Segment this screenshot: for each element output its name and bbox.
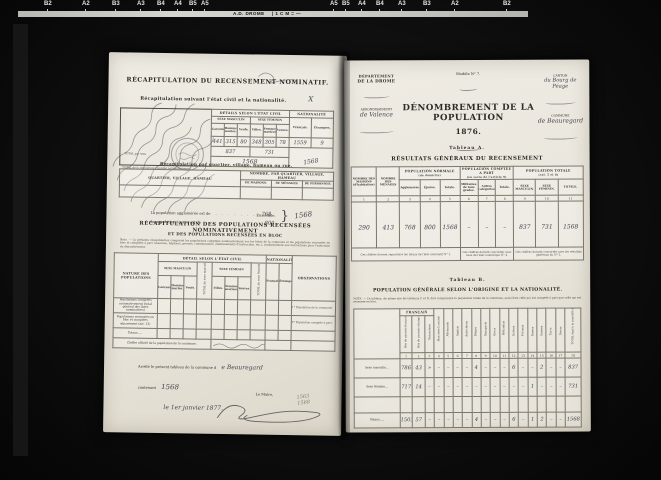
tb-value: –	[547, 412, 556, 427]
tb-col-header: TOTAL égal à la population de la commune	[565, 308, 581, 352]
fem-group: SEXE FÉMININ	[212, 262, 251, 277]
col-femmes-mariees: Femmes mariées.	[263, 124, 276, 137]
ruler-mark: B5	[342, 1, 350, 7]
tb-col-header: Italiens	[509, 308, 519, 352]
tb-value: –	[537, 377, 546, 396]
tb-value: –	[518, 377, 527, 396]
tableau-b-table: FRANÇAISAlsaciens-LorrainsAllemandsAngla…	[353, 308, 582, 429]
microfilm-scan: B2 A2 B3 A3 B4 A4 B5 A5 A5 B5 A4 B4 A3 B…	[0, 0, 661, 480]
etat-civil-side-label-1: TOTAL par sexe.	[124, 152, 184, 156]
tb-spacer	[400, 397, 413, 413]
modele-label: Modèle N° 7.	[402, 72, 534, 77]
tb-col-header: Suisses	[537, 308, 547, 352]
tb-spacer	[490, 396, 499, 412]
ruler-mark: A4	[358, 1, 366, 7]
total-fem-colhead: TOTAL du sexe féminin (col. 5 à 7)	[251, 263, 267, 300]
tb-spacer	[412, 397, 425, 413]
scale-label: | 1 C M = —	[272, 11, 301, 16]
tb-col-header: Espagnols	[481, 308, 491, 352]
obs-header: OBSERVATIONS	[292, 256, 337, 302]
tb-value: –	[500, 358, 509, 377]
tb-spacer	[509, 396, 518, 412]
tb-row-label: Totaux.....	[354, 413, 400, 428]
tb-col-header: Grecs	[490, 308, 500, 352]
francais-colhead: Français.	[266, 263, 280, 300]
tb-spacer	[565, 396, 581, 412]
tb-col-label: Espagnols	[484, 322, 487, 336]
ruler-mark: B5	[189, 1, 197, 7]
tb-value: 1503	[400, 413, 413, 428]
quartier-col-left: QUARTIER, VILLAGE, HAMEAU	[119, 169, 240, 187]
total-fem-collabel: TOTAL du sexe féminin (col. 5 à 7)	[257, 264, 260, 296]
tb-value: 786	[400, 359, 413, 378]
tb-col-header: Autrichiens	[462, 308, 472, 352]
tb-spacer	[472, 396, 481, 412]
tb-col-header: Allemands	[443, 309, 453, 353]
value-veuves: 78	[276, 137, 289, 147]
ta-value-agglomeree: 768	[400, 202, 420, 248]
etat-civil-table: DÉTAILS SELON L'ÉTAT CIVIL NATIONALITÉ S…	[210, 109, 334, 169]
tb-col-label: Hollandais	[503, 321, 506, 336]
tb-value: –	[453, 378, 462, 397]
chiffre-officiel-label: Chiffre officiel de la population de la …	[113, 338, 211, 350]
tb-col-label: Grecs	[493, 328, 496, 336]
col-filles: Filles.	[250, 124, 263, 137]
tb-value: –	[472, 377, 481, 396]
tb-value: –	[490, 358, 499, 377]
total-masc-colhead: TOTAL du sexe masculin (col. 1 à 3)	[197, 262, 213, 299]
ruler-mark: B2	[44, 1, 52, 7]
nature-header: NATURE DES POPULATIONS	[114, 253, 159, 299]
quartier-empty-cell	[240, 187, 271, 199]
obs-note-2: 2° Population comptée à part.	[291, 316, 335, 332]
tb-value: –	[546, 358, 555, 377]
ta-value-totale: 1568	[440, 202, 460, 248]
ensemble-block: Ensemble. } 1568	[256, 201, 312, 224]
sub-col: Totale.	[440, 180, 460, 196]
pencil-note: 1563 1568	[296, 393, 310, 406]
tb-col-label: Nés de parents français	[405, 316, 408, 348]
colhead: Femmes mariées.	[225, 277, 238, 300]
canton-block: CANTON du Bourg de Péage COMMUNE de Beau…	[536, 73, 584, 143]
ensemble-value: 1568	[294, 210, 313, 220]
commune-value: de Beauregard	[536, 117, 584, 124]
tableau-a-title: RÉSULTATS GÉNÉRAUX DU RECENSEMENT	[345, 155, 590, 162]
tb-value: –	[509, 377, 518, 396]
tb-value: –	[453, 413, 462, 428]
tb-value: –	[434, 378, 443, 397]
tb-value: –	[462, 377, 471, 396]
right-page: DÉPARTEMENT DE LA DROME ARRONDISSEMENT d…	[344, 59, 591, 432]
tableau-a-table: NOMBRE DES MAISONS (d'habitation) NOMBRE…	[351, 165, 584, 261]
total-masc-collabel: TOTAL du sexe masculin (col. 1 à 3)	[203, 263, 206, 295]
row-bloc: Populations recensées en bloc et comptée…	[113, 313, 157, 329]
handwritten-squiggle	[211, 340, 265, 349]
sub-col: Éparse.	[420, 180, 440, 196]
ruler-mark: A3	[137, 1, 145, 7]
tb-value: 14	[412, 378, 425, 397]
col-etrangers: Étrangers.	[311, 118, 333, 138]
recap-bloc-table: NATURE DES POPULATIONS DÉTAIL SELON L'ÉT…	[112, 252, 337, 351]
tb-col-header: Hollandais	[499, 308, 509, 352]
grp-totale-sub: (col. 5 et 8)	[538, 173, 558, 177]
tb-value: –	[528, 358, 537, 377]
grp-totale-header: POPULATION TOTALE(col. 5 et 8)	[513, 166, 583, 180]
tb-value: –	[425, 378, 434, 397]
ruler-mark: A5	[330, 1, 338, 7]
tb-col-label: Polonais	[522, 324, 525, 335]
tb-value: –	[462, 412, 471, 427]
ruler-mark: A2	[451, 1, 459, 7]
closing-count: 1568	[161, 383, 179, 391]
grp-normale-sub: (de domicile)	[418, 173, 441, 177]
quartier-table: QUARTIER, VILLAGE, HAMEAU NOMBRE, PAR QU…	[119, 168, 334, 200]
tb-value: –	[490, 377, 499, 396]
flourish	[545, 101, 575, 105]
tb-col-header: Nés de parents français	[400, 316, 413, 353]
tb-col-label: Russes	[531, 326, 534, 335]
value-francais: 1559	[289, 137, 311, 147]
tb-col-label: Belges	[475, 327, 478, 336]
tb-value: 6	[509, 412, 518, 427]
ta-value-militaires: –	[460, 202, 478, 248]
tb-value: 43	[412, 359, 425, 378]
book-spine-shadow	[338, 52, 350, 440]
archive-label: A.D. DROME	[233, 11, 265, 16]
tb-col-label: Allemands	[447, 322, 450, 336]
tb-value: –	[462, 358, 471, 377]
tb-value: –	[556, 358, 565, 377]
quartier-empty-cell	[302, 188, 333, 200]
rule	[363, 94, 389, 98]
tb-col-header: Divers	[556, 308, 566, 352]
tb-value: 1568	[565, 412, 581, 427]
quartier-empty-cell	[119, 185, 240, 199]
tb-value: –	[434, 359, 443, 378]
etat-civil-subtitle: Récapitulation suivant l'état civil et l…	[108, 96, 318, 104]
tb-row-label: Sexe masculin...	[354, 359, 400, 378]
sub-col: SEXE FÉMININ.	[536, 179, 558, 195]
maire-label: Le Maire,	[256, 393, 274, 397]
tb-value: 1	[528, 412, 537, 427]
recap-bloc-nota: Nota. — La présente récapitulation compr…	[120, 238, 330, 251]
etrangers-colhead: Étrangers.	[279, 263, 293, 300]
tb-col-label: Italiens	[512, 326, 515, 336]
tb-value: –	[481, 377, 490, 396]
ruler-mark: B4	[376, 1, 384, 7]
ruler-mark: B4	[157, 1, 165, 7]
tb-corner	[354, 309, 400, 359]
tb-value: –	[481, 358, 490, 377]
sub-col: Militaires de tous grades.	[460, 180, 478, 196]
tb-col-label: Autrichiens	[465, 321, 468, 337]
row-totaux: Totaux.....	[113, 328, 157, 339]
tb-col-header: Alsaciens-Lorrains	[434, 309, 444, 353]
tb-value: 1	[528, 377, 537, 396]
value-hommes-maries: 315	[224, 136, 237, 146]
left-page: RÉCAPITULATION DU RECENSEMENT NOMINATIF.…	[103, 52, 347, 436]
rule	[459, 87, 477, 91]
etat-civil-left-block: TOTAL par sexe. TOTAL de la population c…	[119, 107, 211, 166]
tb-spacer	[481, 396, 490, 412]
ruler-mark: A4	[174, 1, 182, 7]
film-edge	[13, 24, 28, 456]
value-etrangers: 9	[311, 138, 333, 148]
tb-spacer	[519, 396, 528, 412]
departement-label-2: DE LA DROME	[350, 78, 402, 83]
corner-mark: X	[308, 95, 313, 103]
tb-col-header: Anglais	[453, 309, 463, 353]
flourish	[359, 129, 393, 133]
tb-value: –	[518, 358, 527, 377]
grp-normale-header: POPULATION NORMALE(de domicile)	[400, 167, 460, 181]
colhead: Filles.	[212, 276, 225, 299]
tb-value: 717	[400, 378, 413, 397]
tb-spacer	[425, 397, 434, 413]
closing-line1: Arrêté le présent tableau de la commune …	[138, 365, 216, 370]
tb-spacer	[500, 396, 509, 412]
tb-col-label: Divers	[559, 327, 562, 336]
colhead: Garçons.	[158, 276, 171, 299]
tb-value: 57	[413, 413, 426, 428]
value-veufs: 80	[237, 137, 250, 147]
col-veufs: Veufs.	[237, 124, 250, 137]
grp-apart-sub: (en vertu de l'article 9)	[467, 175, 507, 179]
tb-col-header: Belges	[471, 308, 481, 352]
tb-value: 837	[565, 358, 581, 377]
tb-value: –	[444, 413, 453, 428]
tb-col-header: Naturalisés	[425, 316, 435, 353]
ta-footnote-3: Ces chiffres doivent concorder avec les …	[514, 247, 584, 260]
col-francais: Français.	[289, 117, 311, 137]
tb-value: –	[491, 412, 500, 427]
tableau-b-nota: NOTA. — Ce tableau, de même que les tabl…	[353, 297, 581, 305]
tb-value: –	[481, 412, 490, 427]
ruler-mark: A5	[201, 1, 209, 7]
tb-spacer	[537, 396, 546, 412]
tb-value: 4	[472, 358, 481, 377]
colhead: Hommes mariés.	[171, 276, 184, 299]
tb-value: –	[444, 378, 453, 397]
tb-col-label: Naturalisés	[428, 324, 431, 340]
tb-spacer	[354, 397, 400, 413]
tableau-b-title: POPULATION GÉNÉRALE SELON L'ORIGINE ET L…	[345, 287, 590, 293]
tb-spacer	[434, 397, 443, 413]
ta-value-pop-totale: 1568	[558, 201, 584, 247]
ta-value-masc: 837	[514, 202, 536, 248]
tb-value: –	[556, 377, 565, 396]
tb-spacer	[462, 396, 471, 412]
tb-col-label: Nés de parents étrangers	[417, 316, 420, 348]
ruler-mark: A3	[398, 1, 406, 7]
tb-spacer	[444, 397, 453, 413]
tb-value: –	[434, 413, 443, 428]
tb-value: –	[500, 377, 509, 396]
ruler-mark: B3	[112, 1, 120, 7]
tb-value: 6	[509, 358, 518, 377]
row-nominatif: Populations comptées nominativement (tot…	[113, 298, 157, 314]
tb-col-header: Turcs	[546, 308, 556, 352]
grp-apart-title: POPULATION COMPTÉE A PART	[462, 167, 511, 175]
ruler-mark: B3	[423, 1, 431, 7]
tb-value: –	[500, 412, 509, 427]
ta-value-menages: 413	[377, 202, 400, 248]
sub-col: TOTALE.	[558, 179, 583, 195]
closing-commune: e Beauregard	[221, 364, 263, 372]
value-garcons: 441	[211, 136, 224, 146]
tb-value: 2	[537, 358, 546, 377]
tb-value: 731	[565, 377, 581, 396]
ta-footnote-2: Ces chiffres doivent concorder avec ceux…	[460, 248, 514, 261]
tb-value: 4	[472, 412, 481, 427]
year-label: 1876.	[402, 127, 534, 137]
ta-value-autres: –	[478, 202, 496, 248]
total-masculin: 837	[211, 146, 250, 157]
main-title: DÉNOMBREMENT DE LA POPULATION	[402, 103, 534, 124]
tableau-a-label: Tableau A.	[345, 145, 590, 151]
total-feminin: 731	[250, 147, 289, 158]
chiffre-officiel-cell	[211, 339, 265, 350]
sub-col: SEXE MASCULIN.	[514, 180, 536, 196]
tb-spacer	[528, 396, 537, 412]
canton-value: du Bourg de Péage	[536, 77, 584, 89]
departement-block: DÉPARTEMENT DE LA DROME ARRONDISSEMENT d…	[350, 74, 402, 137]
tb-spacer	[547, 396, 556, 412]
tb-value: –	[425, 413, 434, 428]
tb-value: –	[443, 359, 452, 378]
tb-value: »	[425, 359, 434, 378]
tb-col-label: Alsaciens-Lorrains	[437, 316, 440, 341]
ta-value-apart-totale: –	[496, 202, 514, 248]
tb-col-header: Polonais	[518, 308, 528, 352]
col-maisons-header: NOMBRE DES MAISONS (d'habitation)	[351, 167, 376, 196]
title-block: Modèle N° 7. DÉNOMBREMENT DE LA POPULATI…	[402, 72, 534, 156]
value-femmes-mariees: 305	[263, 137, 276, 147]
tableau-b-label: Tableau B.	[345, 277, 590, 283]
obs-note-1: 1° Population de la commune.	[291, 301, 335, 317]
grp-apart-header: POPULATION COMPTÉE A PART(en vertu de l'…	[460, 166, 514, 180]
ta-footnote-1: Ces chiffres doivent reproduire les tota…	[352, 248, 461, 261]
col-menages-header: NOMBRE DES MÉNAGES	[376, 167, 399, 196]
closing-date: le 1er janvier 1877.	[163, 404, 223, 412]
tb-col-header: Russes	[528, 308, 538, 352]
tb-spacer	[556, 396, 565, 412]
tb-value: –	[453, 359, 462, 378]
colhead: Veuves.	[238, 277, 251, 300]
tb-value: –	[519, 412, 528, 427]
col-garcons: Garçons.	[211, 123, 224, 136]
tb-col-label: TOTAL égal à la population de la commune	[572, 312, 575, 344]
tb-col-label: Anglais	[456, 326, 459, 336]
ruler-mark: B2	[503, 1, 511, 7]
tb-col-label: Suisses	[540, 325, 543, 335]
ta-value-maisons: 290	[351, 202, 376, 248]
ta-value-eparse: 800	[420, 202, 440, 248]
etat-civil-block: TOTAL par sexe. TOTAL de la population c…	[119, 107, 334, 168]
tb-value: –	[547, 377, 556, 396]
colhead: Veufs.	[184, 276, 197, 299]
sub-col: Autres catégories.	[478, 180, 496, 196]
col-hommes-maries: Hommes mariés.	[224, 123, 237, 136]
tb-col-label: Turcs	[550, 328, 553, 336]
quartier-empty-cell	[271, 187, 302, 199]
tb-row-label: Sexe féminin...	[354, 378, 400, 397]
tb-value: 2	[537, 412, 546, 427]
arrondissement-value: de Valence	[350, 111, 402, 118]
ta-value-fem: 731	[536, 201, 558, 247]
brace-glyph: }	[280, 209, 289, 224]
sub-col: Agglomérée.	[400, 180, 420, 196]
flourish	[544, 136, 578, 140]
ensemble-label: Ensemble.	[256, 213, 275, 217]
col-veuves: Veuves.	[276, 124, 289, 137]
left-page-title: RÉCAPITULATION DU RECENSEMENT NOMINATIF.	[109, 76, 347, 87]
ruler-mark: A2	[82, 1, 90, 7]
value-filles: 348	[250, 137, 263, 147]
closing-line2: contenant	[138, 386, 156, 390]
sub-col: Totale.	[496, 180, 514, 196]
masc-group: SEXE MASCULIN	[158, 261, 197, 276]
tb-value: –	[556, 412, 565, 427]
tb-spacer	[453, 397, 462, 413]
tb-col-header: Nés de parents étrangers	[412, 316, 425, 353]
